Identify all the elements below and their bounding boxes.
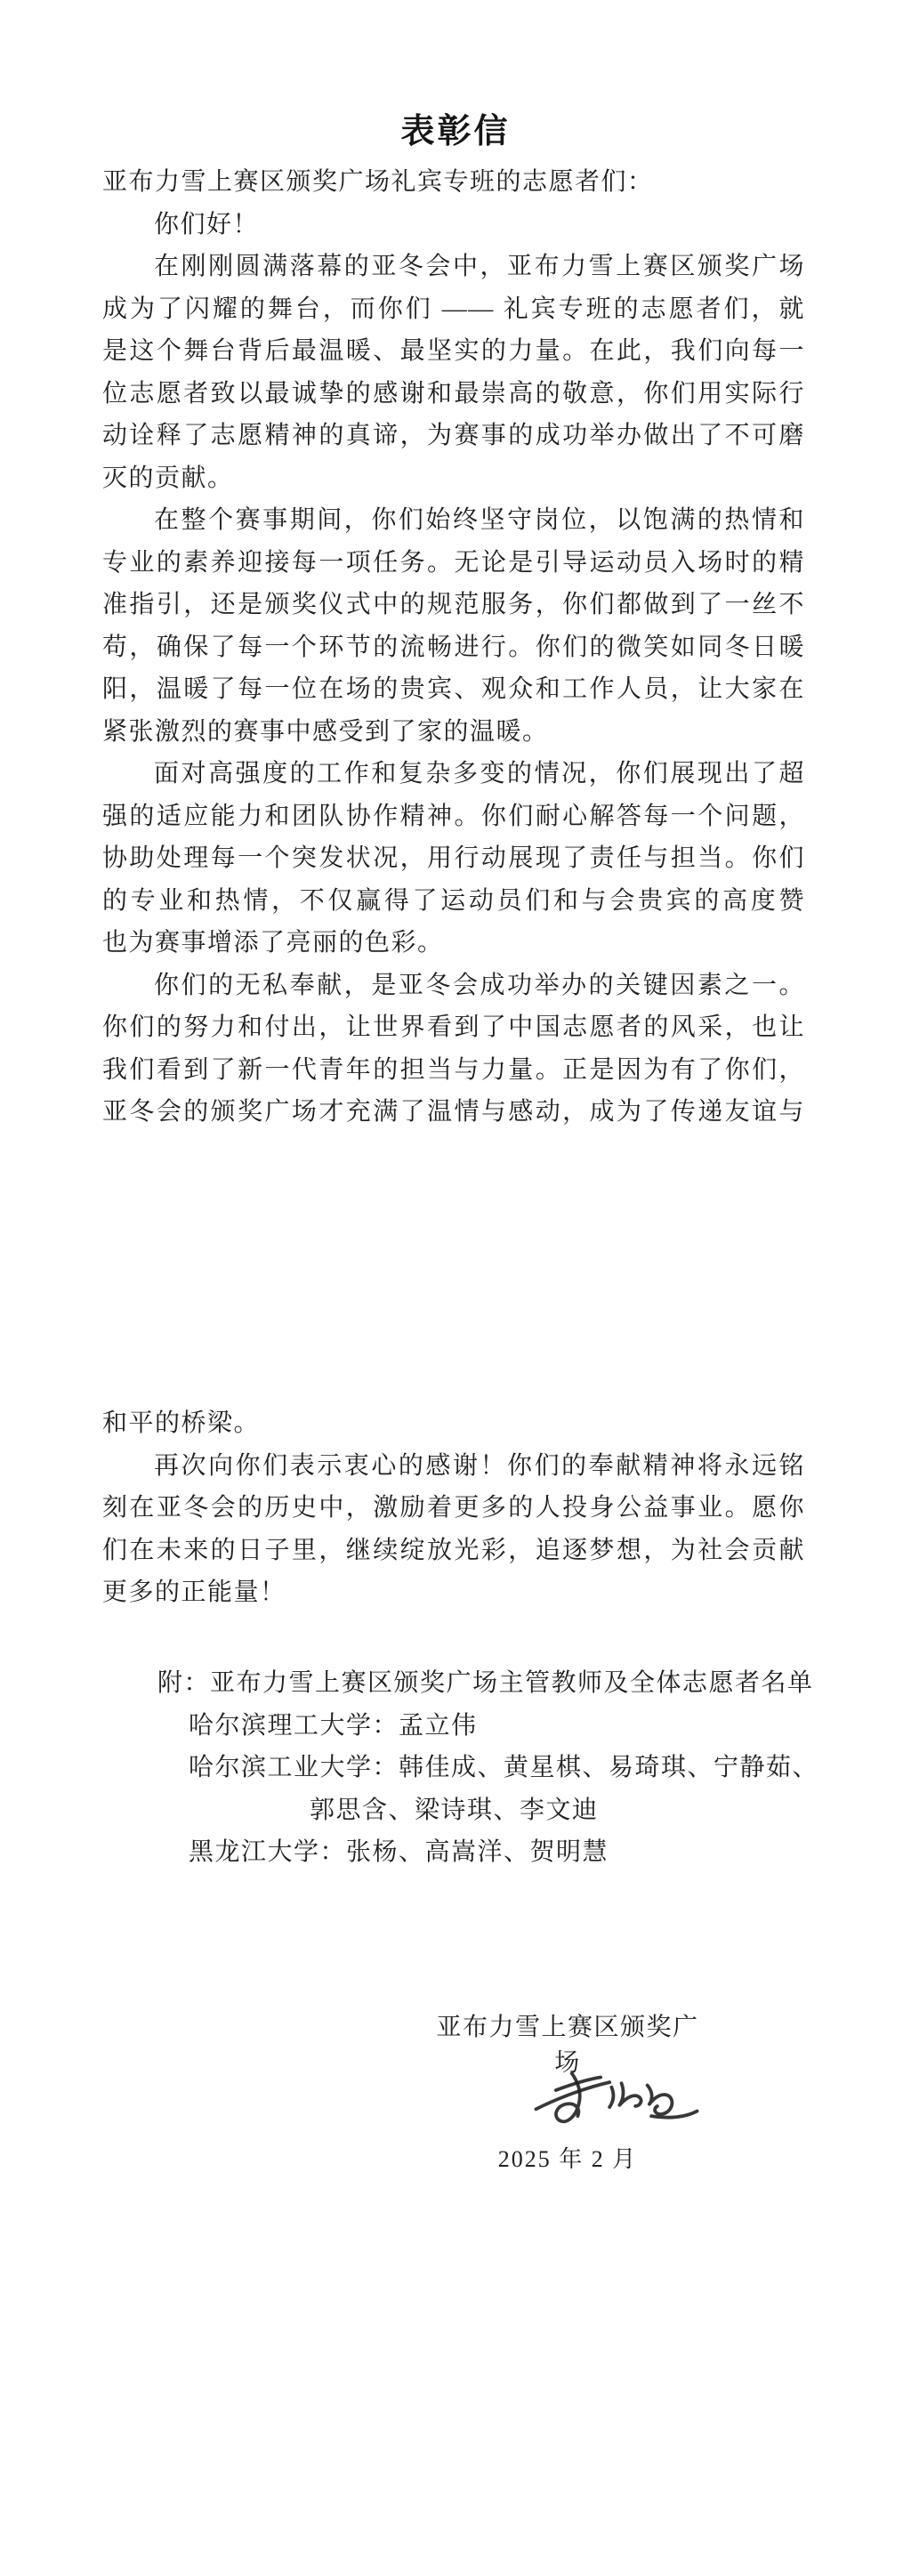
letter-body-page1: 亚布力雪上赛区颁奖广场礼宾专班的志愿者们： 你们好！ 在刚刚圆满落幕的亚冬会中，… (102, 161, 805, 1134)
attachment-note: 附：亚布力雪上赛区颁奖广场主管教师及全体志愿者名单 (102, 1662, 805, 1705)
body-line: 苟，确保了每一个环节的流畅进行。你们的微笑如同冬日暖 (102, 626, 805, 669)
closing-date: 2025 年 2 月 (425, 2141, 710, 2174)
body-line: 动诠释了志愿精神的真谛，为赛事的成功举办做出了不可磨 (102, 415, 805, 457)
body-line: 的专业和热情，不仅赢得了运动员们和与会贵宾的高度赞誉， (102, 880, 805, 923)
body-line: 专业的素养迎接每一项任务。无论是引导运动员入场时的精 (102, 542, 805, 585)
body-line: 阳，温暖了每一位在场的贵宾、观众和工作人员，让大家在 (102, 668, 805, 711)
commendation-letter-page: 表彰信 亚布力雪上赛区颁奖广场礼宾专班的志愿者们： 你们好！ 在刚刚圆满落幕的亚… (0, 0, 911, 2576)
attachment-entry-cont: 郭思含、梁诗琪、李文迪 (102, 1789, 805, 1832)
body-line: 紧张激烈的赛事中感受到了家的温暖。 (102, 711, 805, 754)
greeting: 你们好！ (102, 204, 805, 246)
body-line: 面对高强度的工作和复杂多变的情况，你们展现出了超 (102, 753, 805, 795)
body-line: 是这个舞台背后最温暖、最坚实的力量。在此，我们向每一 (102, 330, 805, 373)
body-line: 我们看到了新一代青年的担当与力量。正是因为有了你们， (102, 1049, 805, 1092)
body-line: 和平的桥梁。 (102, 1402, 805, 1445)
letter-title: 表彰信 (0, 103, 911, 152)
handwritten-signature (532, 2061, 701, 2136)
body-line: 你们的努力和付出，让世界看到了中国志愿者的风采，也让 (102, 1006, 805, 1049)
attachment-entry: 哈尔滨理工大学：孟立伟 (102, 1705, 805, 1748)
attachment-list: 附：亚布力雪上赛区颁奖广场主管教师及全体志愿者名单 哈尔滨理工大学：孟立伟 哈尔… (102, 1662, 805, 1874)
body-line: 在刚刚圆满落幕的亚冬会中，亚布力雪上赛区颁奖广场 (102, 246, 805, 288)
body-line: 强的适应能力和团队协作精神。你们耐心解答每一个问题， (102, 795, 805, 838)
body-line: 亚冬会的颁奖广场才充满了温情与感动，成为了传递友谊与 (102, 1091, 805, 1134)
body-line: 们在未来的日子里，继续绽放光彩，追逐梦想，为社会贡献 (102, 1530, 805, 1572)
body-line: 更多的正能量！ (102, 1571, 805, 1614)
body-line: 在整个赛事期间，你们始终坚守岗位，以饱满的热情和 (102, 499, 805, 542)
body-line: 成为了闪耀的舞台，而你们 —— 礼宾专班的志愿者们，就 (102, 288, 805, 331)
body-line: 灭的贡献。 (102, 457, 805, 500)
body-line: 位志愿者致以最诚挚的感谢和最崇高的敬意，你们用实际行 (102, 373, 805, 416)
letter-body-page2: 和平的桥梁。 再次向你们表示衷心的感谢！你们的奉献精神将永远铭 刻在亚冬会的历史… (102, 1402, 805, 1614)
body-line: 也为赛事增添了亮丽的色彩。 (102, 922, 805, 965)
body-line: 刻在亚冬会的历史中，激励着更多的人投身公益事业。愿你 (102, 1487, 805, 1530)
body-line: 你们的无私奉献，是亚冬会成功举办的关键因素之一。 (102, 965, 805, 1007)
body-line: 协助处理每一个突发状况，用行动展现了责任与担当。你们 (102, 837, 805, 880)
body-line: 再次向你们表示衷心的感谢！你们的奉献精神将永远铭 (102, 1445, 805, 1488)
salutation: 亚布力雪上赛区颁奖广场礼宾专班的志愿者们： (102, 161, 805, 204)
attachment-entry: 黑龙江大学：张杨、高嵩洋、贺明慧 (102, 1831, 805, 1874)
body-line: 准指引，还是颁奖仪式中的规范服务，你们都做到了一丝不 (102, 584, 805, 626)
attachment-entry: 哈尔滨工业大学：韩佳成、黄星棋、易琦琪、宁静茹、 (102, 1747, 805, 1789)
